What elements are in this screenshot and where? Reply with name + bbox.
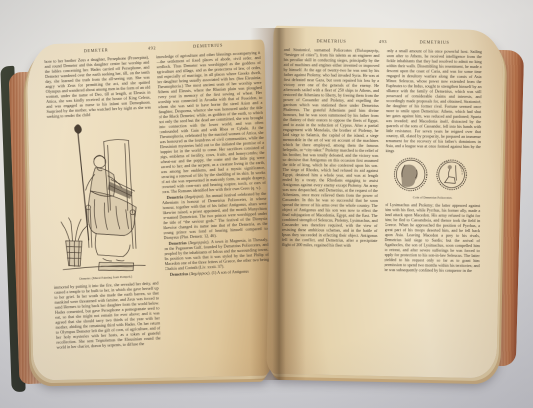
left-page-content: DEMETER 492 DEMETRIUS bore to her brothe… xyxy=(44,41,273,376)
demeter-article-continuation: knowledge of agriculture and other bless… xyxy=(156,50,266,194)
running-head-demetrius-b: DEMETRIUS xyxy=(387,39,482,45)
demeter-figure: Demeter. (Mural Painting from Pompeii.) xyxy=(47,117,158,283)
demetrius-article-text: only a small amount of his once powerful… xyxy=(385,48,482,154)
entry-demetria: Demetria (Δημήτρια). An annual festival … xyxy=(162,191,268,240)
demeter-engraving xyxy=(53,117,151,278)
right-page-content: DEMETRIUS 493 DEMETRIUS and Stratonicé, … xyxy=(281,38,482,372)
right-running-head: DEMETRIUS 493 DEMETRIUS xyxy=(284,38,482,45)
right-page-number: 493 xyxy=(379,39,387,44)
right-page-column-2: only a small amount of his once powerful… xyxy=(383,48,482,353)
photo-background: DEMETER 492 DEMETRIUS bore to her brothe… xyxy=(0,0,533,408)
demeter-article-text: bore to her brother Zeus a daughter, Per… xyxy=(44,55,151,119)
left-page-number: 492 xyxy=(148,45,156,50)
coin-figure-caption: Coin of Demetrius Poliorcetes. xyxy=(385,196,481,201)
left-page-column-2: knowledge of agriculture and other bless… xyxy=(156,50,273,366)
entry-headword: Demetrius xyxy=(170,271,188,277)
right-page-column-1: and Stratonicé, surnamed Poliorcetes (Πο… xyxy=(281,47,380,370)
demetrius-coins-engraving xyxy=(389,155,477,196)
demeter-article-text: immortal by putting it into the fire, sh… xyxy=(54,280,161,349)
left-page-column-1: bore to her brother Zeus a daughter, Per… xyxy=(44,55,161,371)
running-head-demetrius-a: DEMETRIUS xyxy=(284,38,379,44)
demetrius-article-text: of Lysimachus and Ptolemy; the latter ap… xyxy=(384,202,480,273)
entry-demetrias: Demetrias (Δημητριάς). A town in Magnesi… xyxy=(164,237,270,271)
coin-figure: Coin of Demetrius Poliorcetes. xyxy=(385,155,481,201)
demetrius-article-text: and Stratonicé, surnamed Poliorcetes (Πο… xyxy=(282,47,380,248)
